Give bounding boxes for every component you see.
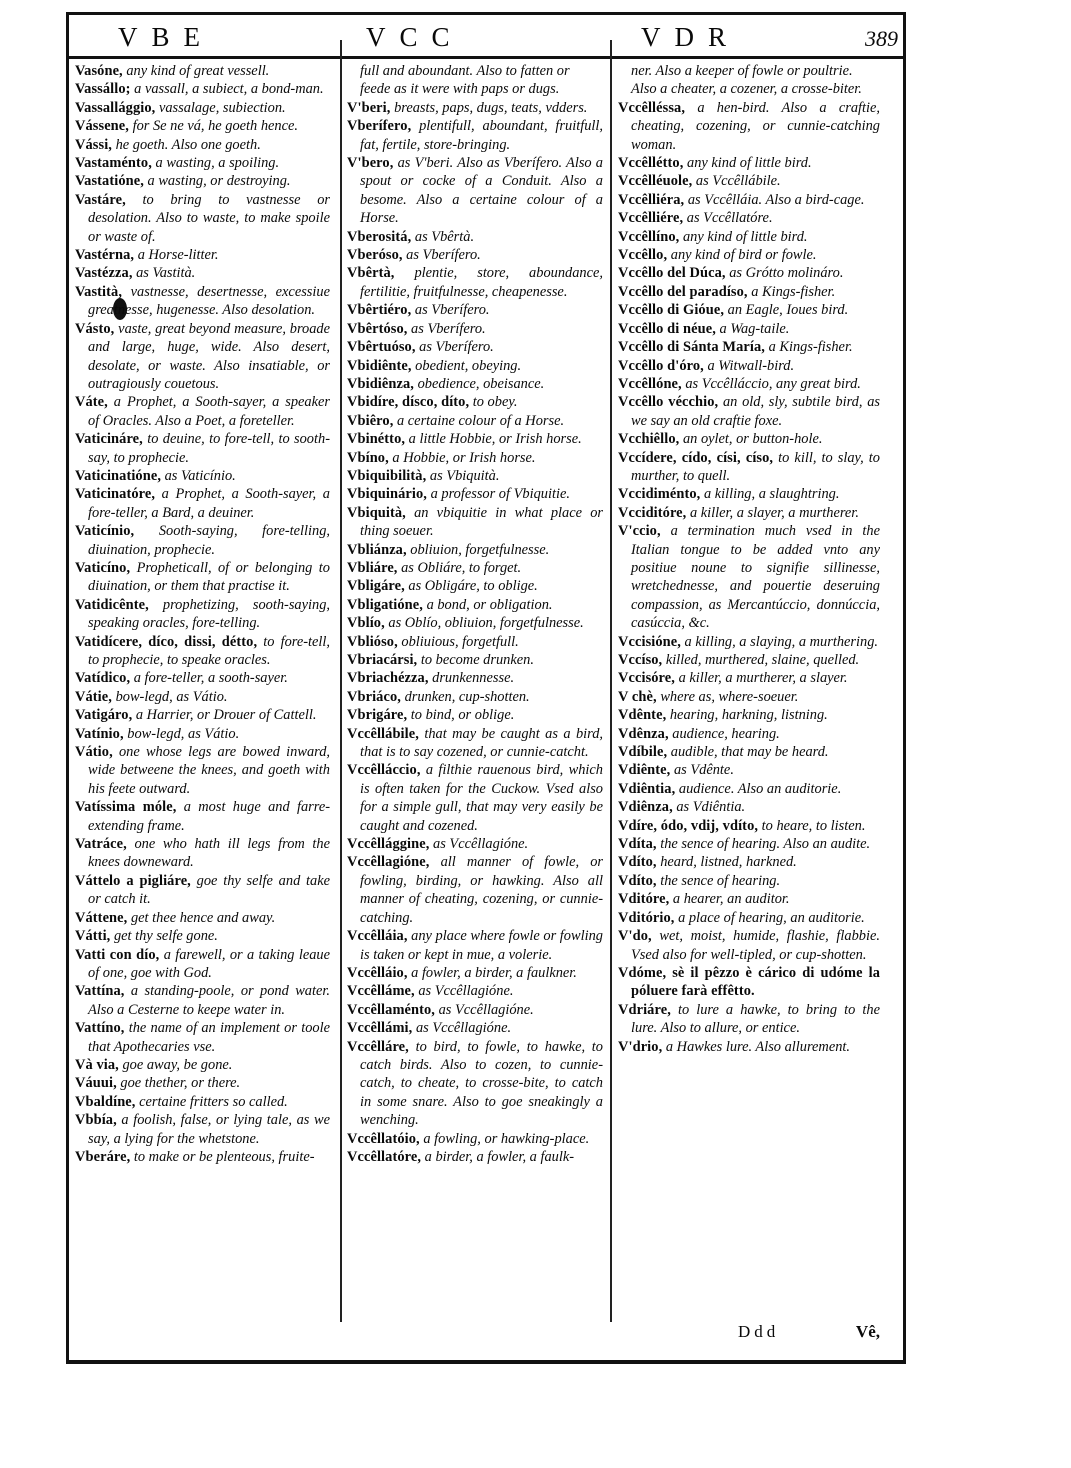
headword: Vaticínio, <box>75 523 134 539</box>
dictionary-entry: Vditório, a place of hearing, an auditor… <box>618 909 880 927</box>
dictionary-entry: Vastérna, a Horse-litter. <box>75 246 330 264</box>
dictionary-entry: Vdiênza, as Vdiêntia. <box>618 798 880 816</box>
headword: Vassallággio, <box>75 100 155 116</box>
dictionary-entry: Vccêlliéra, as Vccêlláia. Also a bird-ca… <box>618 191 880 209</box>
headword: V'ccio, <box>618 523 661 539</box>
headword: Và via, <box>75 1057 119 1073</box>
dictionary-entry: Vccêllámi, as Vccêllagióne. <box>347 1019 603 1037</box>
definition: as Vbêrtà. <box>411 229 474 245</box>
continued-definition: ner. Also a keeper of fowle or poultrie.… <box>618 62 880 99</box>
headword: Vbbía, <box>75 1112 117 1128</box>
headword: Vbidíre, dísco, díto, <box>347 394 469 410</box>
definition: as Vccêllábile. <box>692 173 780 189</box>
dictionary-entry: Váuui, goe thether, or there. <box>75 1074 330 1092</box>
headword: Vbliáre, <box>347 560 398 576</box>
definition: a killer, a murtherer, a slayer. <box>675 670 848 686</box>
headword: Vccêllo vécchio, <box>618 394 718 410</box>
dictionary-entry: Vbíno, a Hobbie, or Irish horse. <box>347 449 603 467</box>
definition: a Wag-taile. <box>716 321 789 337</box>
definition: as Oblío, obliuion, forgetfulnesse. <box>385 615 584 631</box>
dictionary-entry: Vccêlláio, a fowler, a birder, a faulkne… <box>347 964 603 982</box>
dictionary-entry: Vdênte, hearing, harkning, listning. <box>618 706 880 724</box>
headword: Vccêllíno, <box>618 229 679 245</box>
definition: a Hobbie, or Irish horse. <box>389 450 536 466</box>
definition: a birder, a fowler, a faulk- <box>421 1149 574 1165</box>
dictionary-entry: Vátie, bow-legd, as Vátio. <box>75 688 330 706</box>
definition: a wasting, a spoiling. <box>152 155 279 171</box>
dictionary-entry: Vatigáro, a Harrier, or Drouer of Cattel… <box>75 706 330 724</box>
definition: a hearer, an auditor. <box>669 891 789 907</box>
header-right-guideword: VDR <box>641 22 740 53</box>
dictionary-entry: Vastatióne, a wasting, or destroying. <box>75 172 330 190</box>
dictionary-entry: Vastità, vastnesse, desertnesse, excessi… <box>75 283 330 320</box>
headword: Vccêllo, <box>618 247 667 263</box>
definition: a little Hobbie, or Irish horse. <box>405 431 582 447</box>
headword: Vátie, <box>75 689 112 705</box>
definition: as Vberífero. <box>407 321 485 337</box>
headword: Vbíno, <box>347 450 389 466</box>
definition: audience, hearing. <box>669 726 780 742</box>
dictionary-entry: Vaticinatóre, a Prophet, a Sooth-sayer, … <box>75 485 330 522</box>
dictionary-entry: Vaticíno, Propheticall, of or belonging … <box>75 559 330 596</box>
headword: Vccêllóne, <box>618 376 682 392</box>
dictionary-entry: Vatidicênte, prophetizing, sooth-saying,… <box>75 596 330 633</box>
definition: audible, that may be heard. <box>667 744 828 760</box>
definition: a bond, or obligation. <box>423 597 553 613</box>
page-number: 389 <box>865 26 898 52</box>
definition: a wasting, or destroying. <box>144 173 291 189</box>
definition: a vassall, a subiect, a bond-man. <box>131 81 324 97</box>
definition: audience. Also an auditorie. <box>675 781 841 797</box>
dictionary-entry: Vccêlléuole, as Vccêllábile. <box>618 172 880 190</box>
headword: V chè, <box>618 689 657 705</box>
dictionary-entry: Vbiquità, an vbiquitie in what place or … <box>347 504 603 541</box>
headword: Vccêllagióne, <box>347 854 429 870</box>
definition: the sence of hearing. Also an audite. <box>657 836 871 852</box>
headword: V'drio, <box>618 1039 662 1055</box>
definition: to bind, or oblige. <box>407 707 514 723</box>
dictionary-entry: Vccêllagióne, all manner of fowle, or fo… <box>347 853 603 927</box>
dictionary-entry: Vdiênte, as Vdênte. <box>618 761 880 779</box>
headword: Vccídere, cído, císi, císo, <box>618 450 773 466</box>
dictionary-entry: Vccêllo del paradíso, a Kings-fisher. <box>618 283 880 301</box>
headword: Vbliánza, <box>347 542 407 558</box>
dictionary-entry: Vbligáre, as Obligáre, to oblige. <box>347 577 603 595</box>
dictionary-entry: Vássene, for Se ne vá, he goeth hence. <box>75 117 330 135</box>
headword: Vccêlláio, <box>347 965 408 981</box>
column-2: full and aboundant. Also to fatten or fe… <box>347 62 603 1166</box>
dictionary-entry: Vbaldíne, certaine fritters so called. <box>75 1093 330 1111</box>
dictionary-entry: Váttelo a pigliáre, goe thy selfe and ta… <box>75 872 330 909</box>
headword: Vccêllággine, <box>347 836 429 852</box>
headword: Vaticinatóre, <box>75 486 155 502</box>
headword: Vccêlléuole, <box>618 173 692 189</box>
definition: vastnesse, desertnesse, excessiue greatn… <box>88 284 330 318</box>
headword: Vccêllámi, <box>347 1020 412 1036</box>
headword: Vbidiênza, <box>347 376 414 392</box>
definition: as Vberífero. <box>403 247 481 263</box>
definition: drunkennesse. <box>429 670 515 686</box>
headword: Vátio, <box>75 744 113 760</box>
headword: Vccêlliéra, <box>618 192 684 208</box>
dictionary-entry: Vccêlláia, any place where fowle or fowl… <box>347 927 603 964</box>
headword: Vccêlliére, <box>618 210 683 226</box>
dictionary-entry: Vccêllo d'óro, a Witwall-bird. <box>618 357 880 375</box>
dictionary-entry: Vdíta, the sence of hearing. Also an aud… <box>618 835 880 853</box>
definition: any kind of great vessell. <box>123 63 270 79</box>
definition: any kind of little bird. <box>679 229 807 245</box>
dictionary-entry: Vccêlláccio, a filthie rauenous bird, wh… <box>347 761 603 835</box>
headword: Vássi, <box>75 137 112 153</box>
headword: Vaticíno, <box>75 560 130 576</box>
headword: Vastáre, <box>75 192 126 208</box>
headword: Vdiênza, <box>618 799 673 815</box>
header-center-guideword: VCC <box>366 22 464 53</box>
dictionary-entry: Váttene, get thee hence and away. <box>75 909 330 927</box>
headword: Vccêlláme, <box>347 983 415 999</box>
dictionary-entry: Vccêllo di Sánta María, a Kings-fisher. <box>618 338 880 356</box>
definition: an oylet, or button-hole. <box>679 431 822 447</box>
column-rule-2 <box>610 40 612 1322</box>
dictionary-entry: Vccisóre, a killer, a murtherer, a slaye… <box>618 669 880 687</box>
dictionary-entry: Vatidícere, díco, dissi, détto, to fore-… <box>75 633 330 670</box>
dictionary-entry: Vatídico, a fore-teller, a sooth-sayer. <box>75 669 330 687</box>
dictionary-entry: Vassallággio, vassalage, subiection. <box>75 99 330 117</box>
headword: Vdênte, <box>618 707 666 723</box>
dictionary-entry: Vccêllággine, as Vccêllagióne. <box>347 835 603 853</box>
dictionary-entry: Vccêllo di néue, a Wag-taile. <box>618 320 880 338</box>
dictionary-entry: Vccêlláre, to bird, to fowle, to hawke, … <box>347 1038 603 1130</box>
dictionary-entry: Vblío, as Oblío, obliuion, forgetfulness… <box>347 614 603 632</box>
dictionary-entry: Vccêllábile, that may be caught as a bir… <box>347 725 603 762</box>
headword: Vdíto, <box>618 873 657 889</box>
headword: Vditóre, <box>618 891 669 907</box>
headword: Vccisóre, <box>618 670 675 686</box>
definition: a standing-poole, or pond water. Also a … <box>88 983 330 1017</box>
dictionary-entry: Vátti, get thy selfe gone. <box>75 927 330 945</box>
dictionary-entry: V'drio, a Hawkes lure. Also allurement. <box>618 1038 880 1056</box>
headword: Vasóne, <box>75 63 123 79</box>
headword: Vdóme, sè il pêzzo è cárico di udóme la … <box>618 965 880 999</box>
definition: a Hawkes lure. Also allurement. <box>662 1039 850 1055</box>
dictionary-entry: Vberáre, to make or be plenteous, fruite… <box>75 1148 330 1166</box>
dictionary-entry: Vberositá, as Vbêrtà. <box>347 228 603 246</box>
dictionary-entry: Vastáre, to bring to vastnesse or desola… <box>75 191 330 246</box>
headword: Vatídico, <box>75 670 130 686</box>
definition: as Vdiêntia. <box>673 799 745 815</box>
headword: Vccisióne, <box>618 634 681 650</box>
dictionary-entry: Vcchiêllo, an oylet, or button-hole. <box>618 430 880 448</box>
dictionary-entry: V'do, wet, moist, humide, flashie, flabb… <box>618 927 880 964</box>
headword: Vastérna, <box>75 247 134 263</box>
header-left-guideword: VBE <box>118 22 214 53</box>
definition: plentie, store, aboundance, fertilitie, … <box>360 265 603 299</box>
definition: breasts, paps, dugs, teats, vdders. <box>390 100 587 116</box>
definition: a Harrier, or Drouer of Cattell. <box>132 707 316 723</box>
dictionary-entry: Vccêllo del Dúca, as Grótto molináro. <box>618 264 880 282</box>
dictionary-entry: Vassállo; a vassall, a subiect, a bond-m… <box>75 80 330 98</box>
definition: as Vccêllatóre. <box>683 210 772 226</box>
headword: Vdíta, <box>618 836 657 852</box>
dictionary-entry: Vccêllóne, as Vccêlláccio, any great bir… <box>618 375 880 393</box>
definition: any kind of little bird. <box>683 155 811 171</box>
dictionary-entry: Vássi, he goeth. Also one goeth. <box>75 136 330 154</box>
headword: Vcchiêllo, <box>618 431 679 447</box>
dictionary-entry: Vbiquinário, a professor of Vbiquitie. <box>347 485 603 503</box>
headword: V'beri, <box>347 100 390 116</box>
definition: to heare, to listen. <box>758 818 865 834</box>
definition: killed, murthered, slaine, quelled. <box>662 652 859 668</box>
dictionary-entry: Vátio, one whose legs are bowed inward, … <box>75 743 330 798</box>
headword: Vccêllatóre, <box>347 1149 421 1165</box>
headword: Váttelo a pigliáre, <box>75 873 191 889</box>
headword: Vccêllo di néue, <box>618 321 716 337</box>
dictionary-entry: Vbliáre, as Obliáre, to forget. <box>347 559 603 577</box>
definition: as Vccêlláccio, any great bird. <box>682 376 861 392</box>
headword: Vásto, <box>75 321 114 337</box>
dictionary-entry: Vccêllíno, any kind of little bird. <box>618 228 880 246</box>
headword: Vbiquità, <box>347 505 406 521</box>
headword: Vássene, <box>75 118 129 134</box>
definition: vaste, great beyond measure, broade and … <box>88 321 330 392</box>
dictionary-entry: Vdóme, sè il pêzzo è cárico di udóme la … <box>618 964 880 1001</box>
headword: Vdíbile, <box>618 744 667 760</box>
definition: he goeth. Also one goeth. <box>112 137 261 153</box>
definition: a certaine colour of a Horse. <box>393 413 564 429</box>
definition: bow-legd, as Vátio. <box>124 726 240 742</box>
dictionary-entry: Váte, a Prophet, a Sooth-sayer, a speake… <box>75 393 330 430</box>
headword: Vberífero, <box>347 118 411 134</box>
headword: Vbrigáre, <box>347 707 407 723</box>
dictionary-entry: Vccêllatóio, a fowling, or hawking-place… <box>347 1130 603 1148</box>
dictionary-entry: Vatíssima móle, a most huge and farre-ex… <box>75 798 330 835</box>
dictionary-entry: Vatráce, one who hath ill legs from the … <box>75 835 330 872</box>
definition: a Kings-fisher. <box>748 284 836 300</box>
dictionary-entry: Vccisióne, a killing, a slaying, a murth… <box>618 633 880 651</box>
headword: Vbaldíne, <box>75 1094 135 1110</box>
dictionary-entry: Vbinétto, a little Hobbie, or Irish hors… <box>347 430 603 448</box>
definition: bow-legd, as Vátio. <box>112 689 228 705</box>
dictionary-entry: Vdíbile, audible, that may be heard. <box>618 743 880 761</box>
headword: Vcciditóre, <box>618 505 686 521</box>
dictionary-entry: Vbbía, a foolish, false, or lying tale, … <box>75 1111 330 1148</box>
headword: Vccidiménto, <box>618 486 700 502</box>
dictionary-entry: Vbêrtiéro, as Vberífero. <box>347 301 603 319</box>
dictionary-entry: Vaticinatióne, as Vaticínio. <box>75 467 330 485</box>
definition: as Vccêllagióne. <box>435 1002 534 1018</box>
dictionary-entry: Vatínio, bow-legd, as Vátio. <box>75 725 330 743</box>
definition: as Vastità. <box>133 265 196 281</box>
headword: Vatidicênte, <box>75 597 149 613</box>
headword: Vccêllétto, <box>618 155 683 171</box>
column-rule-1 <box>340 40 342 1322</box>
headword: Váuui, <box>75 1075 117 1091</box>
dictionary-entry: V'beri, breasts, paps, dugs, teats, vdde… <box>347 99 603 117</box>
definition: as Vccêllagióne. <box>412 1020 511 1036</box>
dictionary-entry: Vdiêntia, audience. Also an auditorie. <box>618 780 880 798</box>
headword: Vdíre, ódo, vdij, vdíto, <box>618 818 758 834</box>
dictionary-entry: V'ccio, a termination much vsed in the I… <box>618 522 880 632</box>
definition: for Se ne vá, he goeth hence. <box>129 118 298 134</box>
dictionary-entry: Vbidíre, dísco, díto, to obey. <box>347 393 603 411</box>
dictionary-entry: Vbliánza, obliuion, forgetfulnesse. <box>347 541 603 559</box>
definition: hearing, harkning, listning. <box>666 707 828 723</box>
headword: Vccêlláre, <box>347 1039 409 1055</box>
headword: Vastaménto, <box>75 155 152 171</box>
dictionary-entry: Vbriacársi, to become drunken. <box>347 651 603 669</box>
headword: Vdiênte, <box>618 762 670 778</box>
headword: Vbligáre, <box>347 578 405 594</box>
dictionary-entry: Vastézza, as Vastità. <box>75 264 330 282</box>
headword: Vdênza, <box>618 726 669 742</box>
definition: as Vccêllagióne. <box>415 983 514 999</box>
headword: Vastézza, <box>75 265 133 281</box>
definition: a Horse-litter. <box>134 247 218 263</box>
definition: as Vdênte. <box>670 762 734 778</box>
headword: Vccêllo d'óro, <box>618 358 704 374</box>
headword: Vastità, <box>75 284 122 300</box>
dictionary-entry: Vccíso, killed, murthered, slaine, quell… <box>618 651 880 669</box>
dictionary-entry: Vbrigáre, to bind, or oblige. <box>347 706 603 724</box>
headword: Vccêllo del paradíso, <box>618 284 748 300</box>
headword: Vccêllaménto, <box>347 1002 435 1018</box>
dictionary-entry: Vatti con dío, a farewell, or a taking l… <box>75 946 330 983</box>
definition: get thee hence and away. <box>127 910 275 926</box>
headword: Vdíto, <box>618 854 657 870</box>
headword: Vdriáre, <box>618 1002 671 1018</box>
headword: Vberositá, <box>347 229 411 245</box>
headword: Vccêlléssa, <box>618 100 685 116</box>
definition: an Eagle, Ioues bird. <box>724 302 848 318</box>
definition: as Vberífero. <box>411 302 489 318</box>
dictionary-entry: Vbêrtuóso, as Vberífero. <box>347 338 603 356</box>
signature-mark: Ddd <box>738 1322 779 1342</box>
definition: a fowler, a birder, a faulkner. <box>408 965 577 981</box>
dictionary-entry: Vásto, vaste, great beyond measure, broa… <box>75 320 330 394</box>
headword: Vbinétto, <box>347 431 405 447</box>
definition: one whose legs are bowed inward, wide be… <box>88 744 330 797</box>
dictionary-entry: Vccêllaménto, as Vccêllagióne. <box>347 1001 603 1019</box>
headword: Vberáre, <box>75 1149 130 1165</box>
definition: as Vberífero. <box>416 339 494 355</box>
definition: as Vbiquità. <box>426 468 499 484</box>
headword: Vdiêntia, <box>618 781 675 797</box>
dictionary-entry: Vbriachézza, drunkennesse. <box>347 669 603 687</box>
definition: any kind of bird or fowle. <box>667 247 816 263</box>
dictionary-entry: Vattíno, the name of an implement or too… <box>75 1019 330 1056</box>
dictionary-entry: Vbligatióne, a bond, or obligation. <box>347 596 603 614</box>
definition: as Grótto molináro. <box>726 265 844 281</box>
continued-definition: full and aboundant. Also to fatten or fe… <box>347 62 603 99</box>
headword: Vbligatióne, <box>347 597 423 613</box>
headword: Vatti con dío, <box>75 947 159 963</box>
definition: a killer, a slayer, a murtherer. <box>686 505 859 521</box>
definition: obliuious, forgetfull. <box>398 634 519 650</box>
definition: as Vaticínio. <box>161 468 236 484</box>
dictionary-entry: Vberóso, as Vberífero. <box>347 246 603 264</box>
definition: a professor of Vbiquitie. <box>427 486 570 502</box>
definition: a Prophet, a Sooth-sayer, a speaker of O… <box>88 394 330 428</box>
dictionary-entry: Vccêllo di Gióue, an Eagle, Ioues bird. <box>618 301 880 319</box>
headword: Vattína, <box>75 983 124 999</box>
definition: to become drunken. <box>417 652 534 668</box>
headword: Vccêlláccio, <box>347 762 421 778</box>
headword: V'do, <box>618 928 652 944</box>
headword: Vbêrtóso, <box>347 321 407 337</box>
definition: a Witwall-bird. <box>704 358 794 374</box>
dictionary-entry: Vbriáco, drunken, cup-shotten. <box>347 688 603 706</box>
dictionary-entry: Vbêrtóso, as Vberífero. <box>347 320 603 338</box>
dictionary-entry: Vccídere, cído, císi, císo, to kill, to … <box>618 449 880 486</box>
dictionary-entry: Vdriáre, to lure a hawke, to bring to th… <box>618 1001 880 1038</box>
column-3: ner. Also a keeper of fowle or poultrie.… <box>618 62 880 1056</box>
page-footer: Ddd Vê, <box>618 1322 880 1344</box>
definition: where as, where-soeuer. <box>657 689 799 705</box>
definition: goe away, be gone. <box>119 1057 233 1073</box>
dictionary-entry: Vdênza, audience, hearing. <box>618 725 880 743</box>
dictionary-entry: Vbidiênte, obedient, obeying. <box>347 357 603 375</box>
dictionary-entry: Vdíto, heard, listned, harkned. <box>618 853 880 871</box>
definition: as Obliáre, to forget. <box>398 560 522 576</box>
headword: Váttene, <box>75 910 127 926</box>
definition: the name of an implement or toole that A… <box>88 1020 330 1054</box>
headword: Vblío, <box>347 615 385 631</box>
headword: Vccêllo di Gióue, <box>618 302 724 318</box>
dictionary-entry: V'bero, as V'beri. Also as Vberífero. Al… <box>347 154 603 228</box>
dictionary-entry: Vbiêro, a certaine colour of a Horse. <box>347 412 603 430</box>
headword: Vblióso, <box>347 634 398 650</box>
dictionary-entry: Vastaménto, a wasting, a spoiling. <box>75 154 330 172</box>
headword: Vatínio, <box>75 726 124 742</box>
definition: obedience, obeisance. <box>414 376 544 392</box>
definition: obedient, obeying. <box>412 358 522 374</box>
definition: vassalage, subiection. <box>155 100 285 116</box>
definition: certaine fritters so called. <box>135 1094 287 1110</box>
definition: a killing, a slaying, a murthering. <box>681 634 878 650</box>
dictionary-entry: Vattína, a standing-poole, or pond water… <box>75 982 330 1019</box>
headword: Vbriachézza, <box>347 670 429 686</box>
headword: Vccêllo di Sánta María, <box>618 339 765 355</box>
dictionary-entry: Vbidiênza, obedience, obeisance. <box>347 375 603 393</box>
definition: a killing, a slaughtring. <box>700 486 839 502</box>
dictionary-entry: Vdíto, the sence of hearing. <box>618 872 880 890</box>
headword: Vbiêro, <box>347 413 393 429</box>
headword: Vccêlláia, <box>347 928 408 944</box>
dictionary-entry: Vccêllo, any kind of bird or fowle. <box>618 246 880 264</box>
dictionary-entry: Vcciditóre, a killer, a slayer, a murthe… <box>618 504 880 522</box>
headword: Vbêrtuóso, <box>347 339 416 355</box>
definition: to obey. <box>469 394 517 410</box>
headword: Vatigáro, <box>75 707 132 723</box>
column-1: Vasóne, any kind of great vessell.Vassál… <box>75 62 330 1166</box>
headword: Vastatióne, <box>75 173 144 189</box>
dictionary-entry: Vccêlléssa, a hen-bird. Also a craftie, … <box>618 99 880 154</box>
dictionary-entry: Vasóne, any kind of great vessell. <box>75 62 330 80</box>
dictionary-entry: Vblióso, obliuious, forgetfull. <box>347 633 603 651</box>
headword: Vattíno, <box>75 1020 124 1036</box>
headword: Vditório, <box>618 910 674 926</box>
headword: Vbidiênte, <box>347 358 412 374</box>
definition: goe thether, or there. <box>117 1075 240 1091</box>
headword: Vbêrtiéro, <box>347 302 411 318</box>
headword: Vatíssima móle, <box>75 799 176 815</box>
headword: Vbiquinário, <box>347 486 427 502</box>
dictionary-entry: Vaticináre, to deuine, to fore-tell, to … <box>75 430 330 467</box>
definition: a Kings-fisher. <box>765 339 853 355</box>
definition: as Obligáre, to oblige. <box>405 578 538 594</box>
headword: Vbriacársi, <box>347 652 417 668</box>
definition: obliuion, forgetfulnesse. <box>407 542 550 558</box>
